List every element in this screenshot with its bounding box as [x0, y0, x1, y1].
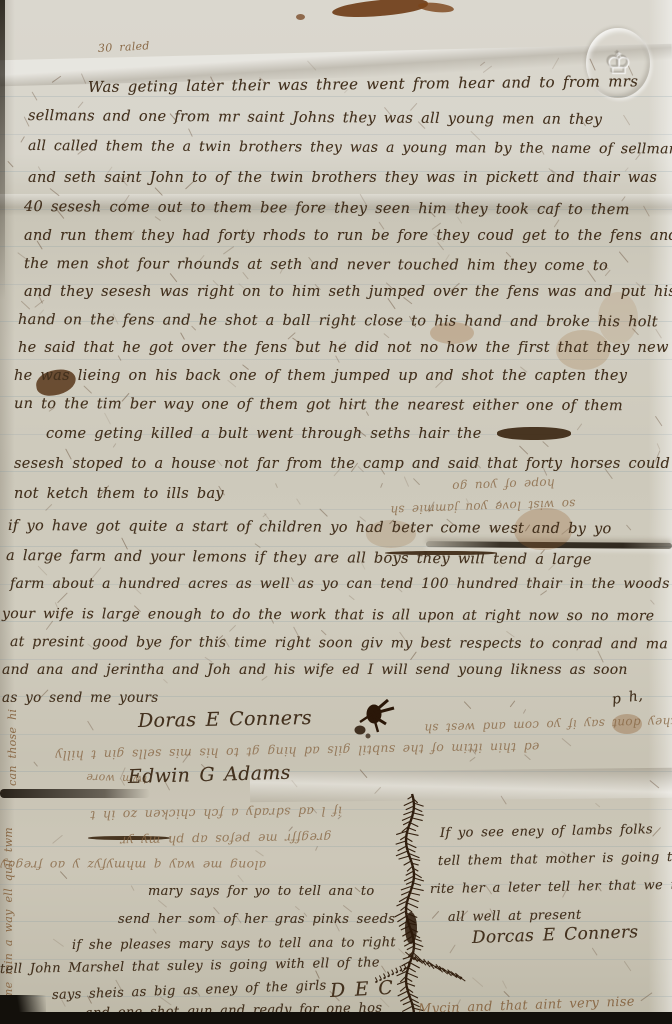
inverted-scrawl: ed thin ittim of the subtil gils ad hing… — [55, 740, 540, 763]
scan-edge-bottom — [0, 1012, 672, 1024]
letter-line: and ana and jerintha and Joh and his wif… — [2, 662, 628, 678]
pen-mark — [655, 416, 663, 426]
ruled-line — [0, 546, 672, 547]
pen-mark — [502, 980, 507, 989]
pen-mark — [321, 629, 327, 635]
pen-mark — [158, 899, 168, 907]
pen-mark — [652, 827, 661, 837]
pen-mark — [53, 939, 65, 948]
pen-mark — [413, 477, 420, 484]
pen-mark — [34, 762, 39, 767]
pen-mark — [155, 187, 163, 196]
pen-mark — [104, 413, 111, 425]
letter-line: farm about a hundred acres as well as yo… — [10, 576, 670, 592]
pen-mark — [170, 273, 178, 283]
pen-mark — [275, 483, 278, 488]
pen-mark — [623, 960, 631, 971]
pen-mark — [131, 885, 135, 891]
letter-line: your wife is large enough to do the work… — [2, 606, 654, 624]
fold-crease-dark-streak — [426, 541, 672, 549]
pen-mark — [383, 333, 390, 339]
ruled-line — [0, 96, 672, 97]
pen-mark — [237, 874, 244, 882]
pen-mark — [619, 251, 629, 262]
pen-mark — [483, 66, 492, 74]
letter-line: sellmans and one from mr saint Johns the… — [28, 108, 602, 128]
scan-edge-left — [0, 0, 5, 300]
pen-mark — [8, 161, 15, 168]
pen-mark — [626, 524, 631, 530]
letter-line: un to the tim ber way one of them got hi… — [14, 396, 623, 414]
pen-mark — [650, 779, 660, 788]
pen-mark — [45, 504, 53, 512]
letter-line: all called them the a twin brothers they… — [28, 138, 672, 157]
letter-line: and seth saint John to of the twin broth… — [28, 170, 657, 186]
letter-line: says sheis as big as eney of the girls — [52, 978, 327, 1003]
margin-vertical-scrawl: can those hi — [6, 709, 19, 786]
pen-mark — [650, 599, 655, 605]
pen-mark — [180, 332, 185, 340]
margin-vertical-scrawl: some min a way ell quil twm — [2, 827, 15, 1012]
pen-mark — [577, 423, 583, 430]
pen-mark — [501, 795, 507, 804]
letter-line: send her som of her gras pinks seeds — [118, 912, 395, 927]
inverted-scrawl: if l ad sdrady a fch chicken zo ih t — [90, 804, 342, 823]
ruled-line — [0, 846, 672, 847]
inverted-scrawl: so wist love you jammie sh — [390, 497, 576, 517]
pen-mark — [34, 300, 44, 308]
pen-mark — [348, 595, 354, 600]
pen-mark — [223, 247, 234, 256]
letter-line: tell them that mother is going to — [438, 850, 672, 869]
pen-mark — [315, 846, 318, 851]
pen-mark — [307, 60, 316, 70]
pen-mark — [470, 130, 481, 140]
pen-mark — [80, 73, 86, 83]
ruled-line — [0, 246, 672, 247]
pen-mark — [0, 789, 3, 793]
pen-mark — [292, 780, 299, 788]
pen-mark: p h, — [611, 688, 644, 708]
letter-line: if she pleases mary says to tell ana to … — [72, 935, 396, 953]
letter-line: and they sesesh was right on to him seth… — [24, 284, 672, 300]
pen-mark — [623, 114, 630, 125]
letter-line: if yo have got quite a start of children… — [8, 518, 612, 537]
signature-edwin-g-adams: Edwin G Adams — [128, 762, 291, 788]
pen-mark — [591, 947, 597, 955]
signature-dorcas-e-conners: Dorcas E Conners — [472, 922, 639, 948]
pen-mark — [469, 757, 475, 762]
letter-line: If yo see eney of lambs folks — [440, 822, 653, 841]
letter-line: and run them they had forty rhods to run… — [24, 228, 672, 244]
pen-mark — [37, 565, 47, 575]
letter-line: come geting killed a bult went through s… — [46, 426, 482, 442]
letter-line: not ketch them to ills bay — [14, 486, 224, 502]
ruled-line — [0, 734, 672, 735]
pen-mark — [542, 441, 549, 448]
pen-mark — [510, 701, 516, 708]
stain — [296, 14, 305, 20]
faint-scrawl: 30 raled — [98, 39, 150, 55]
letter-line: he was lieing on his back one of them ju… — [14, 368, 627, 384]
letter-line: as yo send me yours — [2, 690, 158, 706]
pen-mark — [464, 701, 472, 709]
pen-mark — [50, 188, 60, 197]
letter-line: 40 sesesh come out to them bee fore they… — [24, 199, 630, 218]
letter-scan: ♔ Was geting later their was three went … — [0, 0, 672, 1024]
pen-mark — [255, 850, 264, 857]
pen-mark — [380, 483, 383, 488]
pen-mark — [595, 802, 600, 807]
ink-blot-icon — [348, 698, 402, 744]
pen-mark — [52, 835, 63, 844]
pen-mark — [297, 498, 302, 505]
letter-line: all well at present — [448, 908, 582, 925]
stain — [332, 0, 429, 19]
pen-mark — [21, 301, 31, 310]
pen-mark — [229, 625, 236, 632]
letter-line: Was geting later their was three went fr… — [88, 72, 638, 96]
pen-mark — [122, 537, 129, 549]
letter-line: a large farm and your lemons if they are… — [6, 548, 592, 568]
inverted-scrawl: along me way q mhmyfyz y ao fregay — [0, 858, 266, 873]
letter-line: hand on the fens and he shot a ball righ… — [18, 312, 658, 330]
ruled-line — [0, 659, 672, 660]
ruled-line — [0, 134, 672, 135]
inverted-scrawl: they dont say if yo com and west sh — [424, 715, 672, 736]
pen-mark — [153, 928, 158, 934]
inverted-scrawl: hope of you go — [452, 476, 555, 494]
pen-mark — [657, 443, 661, 450]
letter-line: sesesh stoped to a house not far from th… — [14, 456, 670, 472]
pen-mark — [20, 136, 25, 143]
crossed-out-word — [497, 427, 571, 440]
pen-mark — [58, 592, 69, 603]
letter-line: mary says for yo to tell ana to — [148, 884, 375, 899]
ruled-line — [0, 359, 672, 360]
pen-mark — [404, 476, 410, 487]
letter-line: he said that he got over the fens but he… — [18, 340, 669, 356]
pen-mark — [163, 678, 169, 683]
stain — [418, 1, 455, 14]
letter-paper: ♔ Was geting later their was three went … — [0, 0, 672, 1024]
letter-line: the men shot four rhounds at seth and ne… — [24, 256, 608, 274]
signature-doras-e-conners: Doras E Conners — [138, 707, 312, 732]
pen-mark — [263, 513, 268, 517]
pen-mark — [295, 905, 301, 910]
pen-mark — [523, 709, 527, 714]
pen-mark — [562, 738, 572, 747]
pen-mark — [113, 443, 117, 448]
initials-dec: D E C — [329, 977, 393, 1002]
pen-mark — [519, 445, 528, 454]
pen-mark — [552, 57, 560, 69]
pen-mark — [52, 76, 62, 83]
pen-mark — [87, 720, 94, 730]
fold-crease-lower-dark — [0, 789, 150, 798]
pen-mark — [621, 196, 625, 201]
pen-mark — [83, 385, 92, 393]
pen-mark — [155, 216, 161, 221]
letter-line: at presint good bye for this time right … — [10, 634, 668, 652]
pen-mark — [480, 62, 486, 67]
pen-mark — [655, 329, 662, 339]
